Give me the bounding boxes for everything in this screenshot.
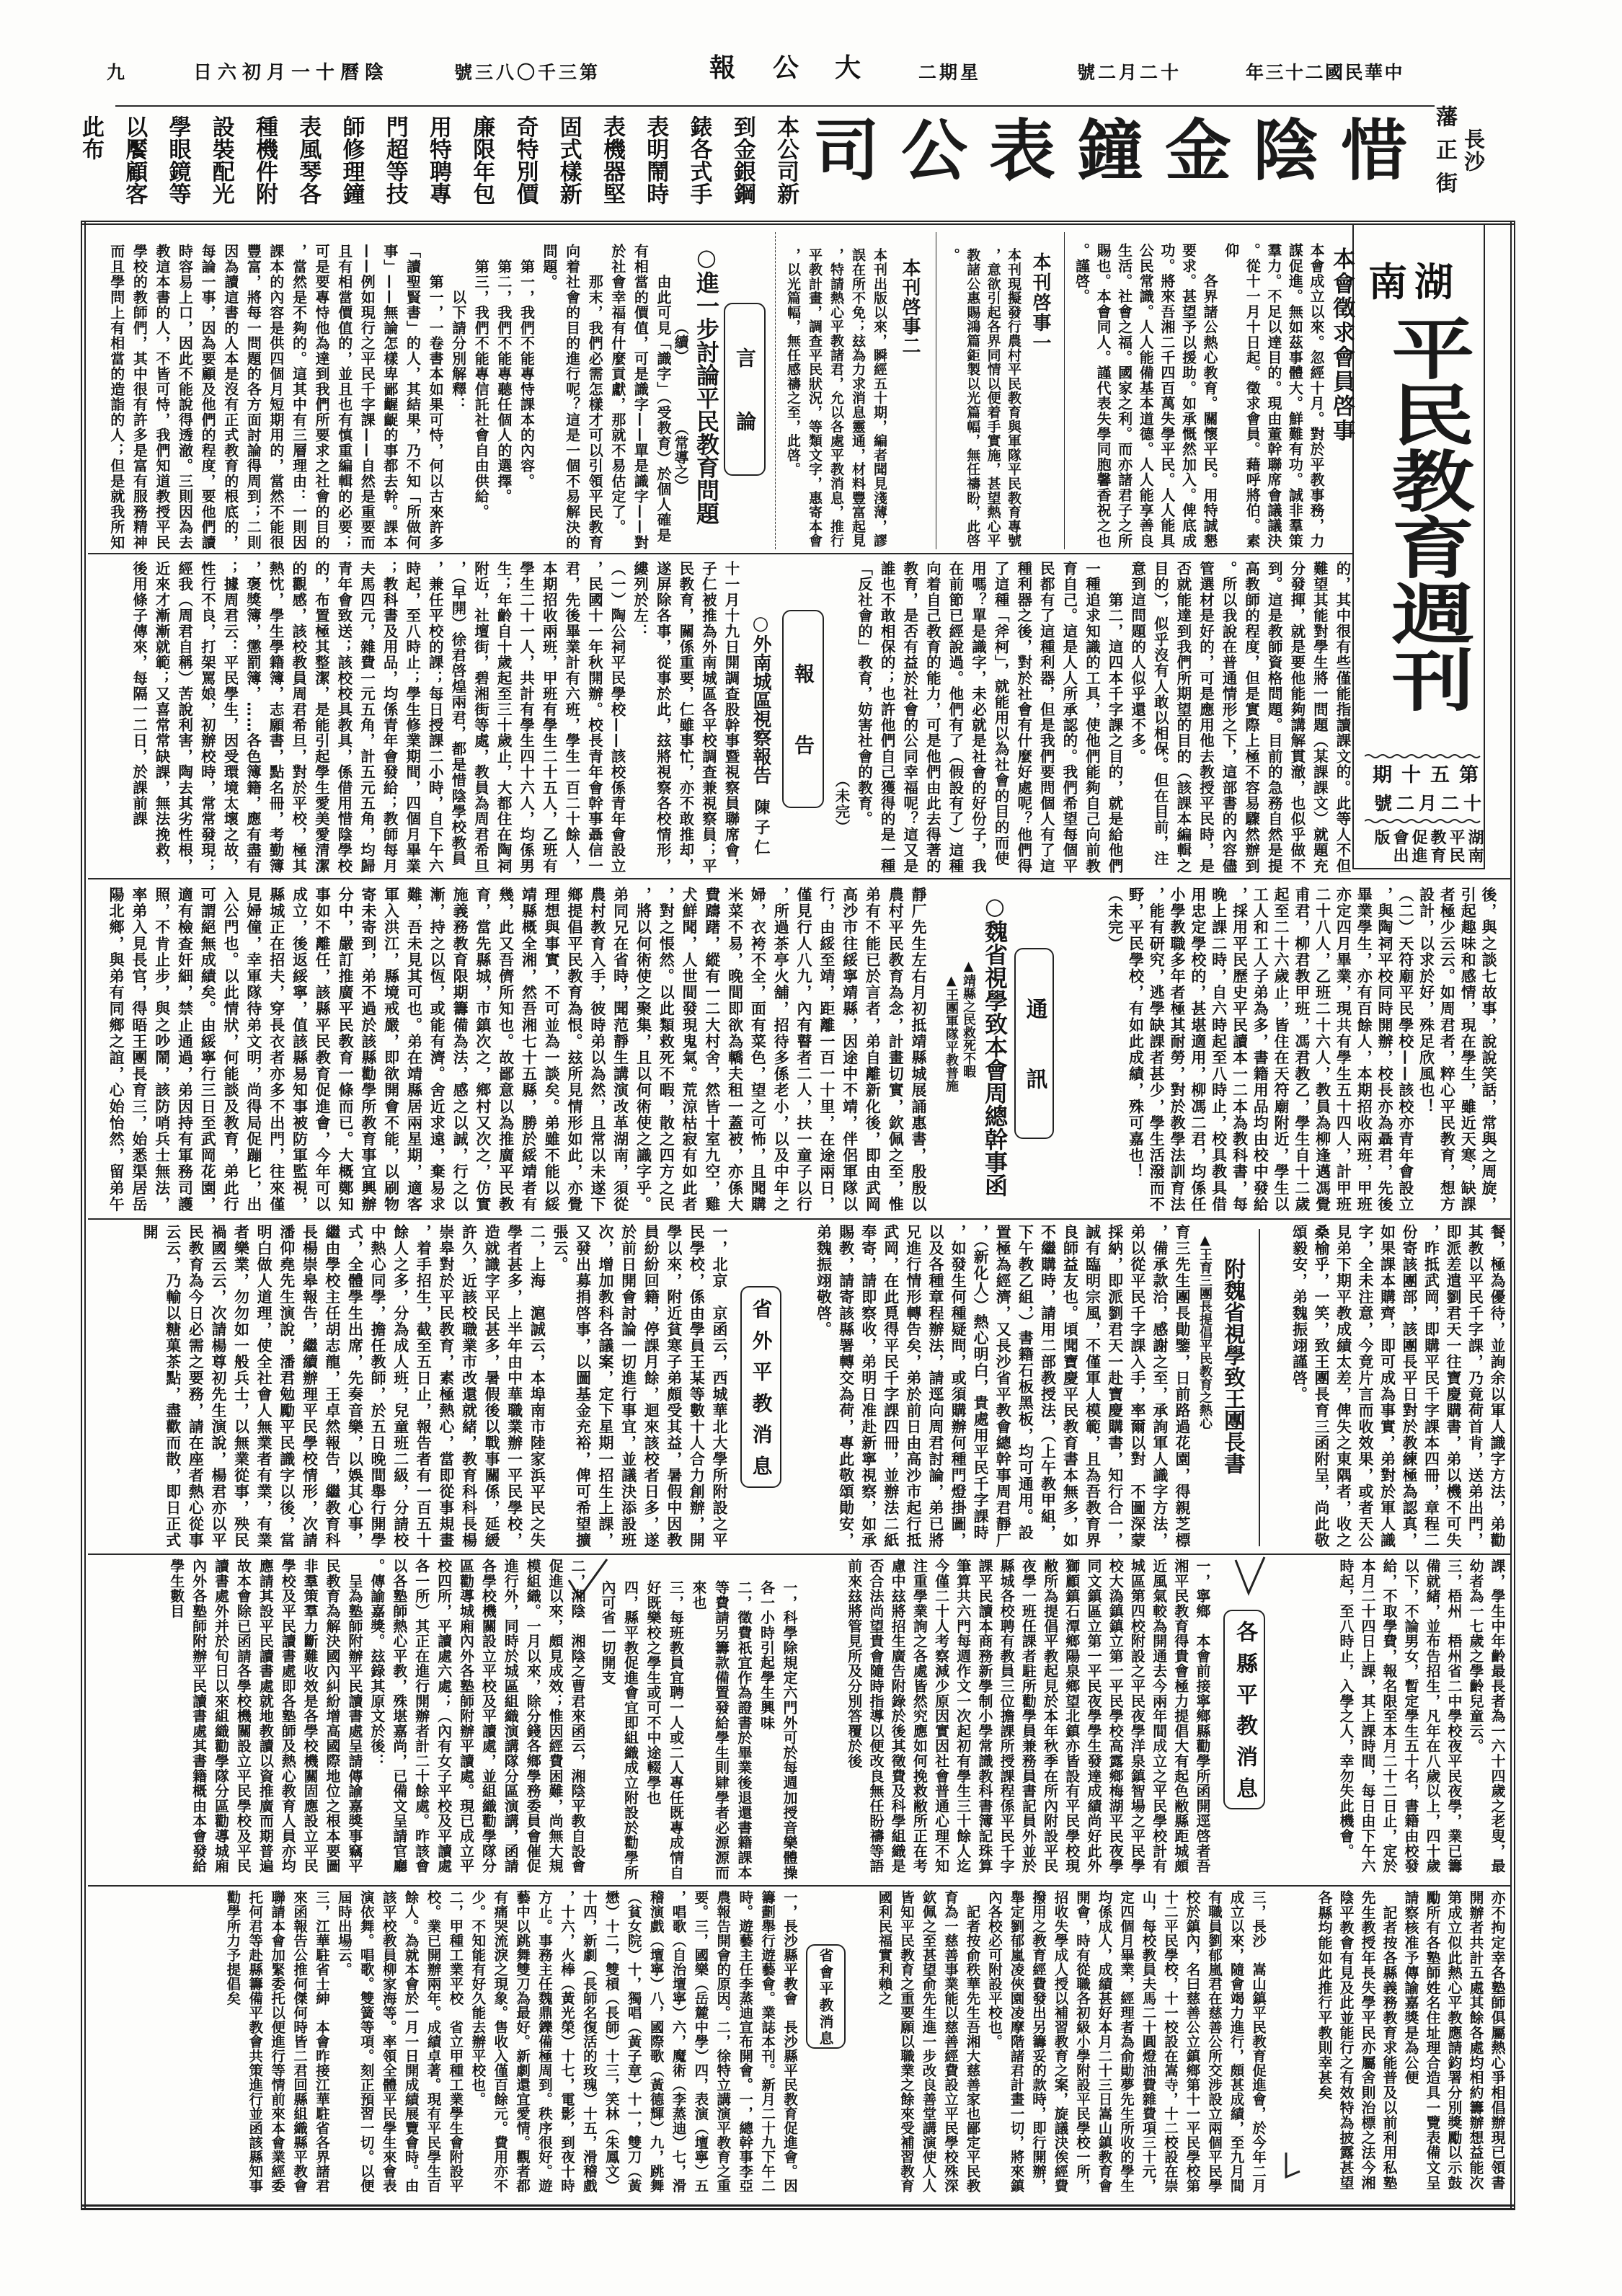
band-divider [88, 1885, 1510, 1887]
label-char: 消 [747, 1424, 776, 1444]
masthead-publisher: 湖南平民教育促進會出版 [1370, 829, 1484, 866]
weekday: 星期二 [918, 62, 981, 84]
outside-news-text-continued: 課，學生中年齡最長者為一六十四歲之老叟，最幼者為一七歲之學齡兒童云。 三，梧州 … [1270, 1559, 1508, 1881]
ad-body-text: 本公司新 到金銀鋼 錶各式手 表明鬧時 表機器堅 固式樣新 奇特別價 廉限年包 … [76, 115, 800, 209]
label-char: 縣 [1228, 1652, 1260, 1674]
label-char: 各 [1228, 1621, 1260, 1642]
notice-one-text: 本刊現擬發行農村平民教育與軍隊平民教育專號，意欲引起各界同情以便着手實施，甚望熱… [941, 248, 1024, 549]
ad-column: 此布 [76, 115, 105, 209]
section-label-outside-province: 省 外 平 教 消 息 [740, 1286, 781, 1488]
bottom-rule [81, 2204, 1515, 2210]
page-number: 九 [107, 62, 128, 84]
ad-column: 以饜顧客 [120, 115, 149, 209]
section-label-report: 報 告 [782, 610, 824, 808]
column-divider [936, 232, 936, 549]
band-divider [88, 553, 1353, 554]
label-char: 外 [747, 1330, 776, 1350]
label-char: 通 [1019, 998, 1050, 1019]
masthead-title: 平民教育週刊 [1385, 314, 1468, 712]
wei-letter-title: ○魏省視學致本會周總幹事函 [982, 892, 1008, 1197]
label-char: 教 [747, 1393, 776, 1413]
editorial-text-continued: 的，其中很有些僅能指讀課文的。此等人不但難望其能對學生將一問題（某課課文）就題充… [829, 561, 1353, 875]
label-char: 教 [1228, 1714, 1260, 1736]
pen-tick-mark-icon [1282, 2151, 1303, 2183]
lunar-date: 陰曆十一月初六日 [193, 62, 389, 84]
ad-column: 表風琴各 [293, 115, 322, 209]
wei-letter-subtitle: ▲靖縣之民救死不暇 [961, 959, 975, 1078]
label-char: 息 [747, 1455, 776, 1476]
county-news-replies: 一，科學除規定六門外可於每週加授音樂體操各一小時引起學生興味 二，徵費祇宜作為證… [595, 1580, 800, 1881]
band-divider [88, 1218, 1510, 1220]
ad-column: 奇特別價 [511, 115, 540, 209]
section-label-provincial-capital: 省 會 平 教 消 息 [806, 1944, 846, 2049]
ad-location: 長沙 [1462, 128, 1485, 173]
ad-column: 學眼鏡等 [164, 115, 192, 209]
issue-number: 第三千〇八三號 [454, 62, 601, 84]
ad-column: 到金銀鋼 [728, 115, 757, 209]
appendix-letter-subtitle: ▲王育三團長提倡平民教育之熱心 [1197, 1233, 1213, 1430]
ad-street: 藩正街 [1432, 105, 1456, 205]
capital-news-text: 一，長沙縣平教會 長沙縣平民教育促進會。因籌劃舉行遊藝會。業誌本刊。新月二十九下… [108, 1890, 800, 2202]
band-divider [88, 878, 1510, 879]
appendix-letter-text: 育三先生團長勛鑒，日前路過花園，得親芝標，備承款洽，感謝之至，承詢軍人識字方法，… [811, 1224, 1193, 1550]
newspaper-page: 九 陰曆十一月初六日 第三千〇八三號 報 公 大 星期二 十二月二號 中華民國二… [0, 0, 1622, 2296]
inspection-report-text: 十一月十九日開調查股幹事暨視察員聯席會，子仁被推為外南城區各平校調查兼視察員；平… [104, 561, 742, 875]
ad-column: 用特聘專 [424, 115, 453, 209]
label-char: 息 [815, 2031, 836, 2045]
paper-name-char: 公 [773, 58, 802, 79]
inspection-report-title: ○外南城區視察報告 [750, 613, 771, 784]
ad-column: 固式樣新 [554, 115, 583, 209]
ad-column: 設裝配光 [207, 115, 236, 209]
editorial-text: 由此可見「識字」（受教育）於個人確是有相當的價值，可是識字——單是識字——對於社… [101, 244, 674, 551]
editorial-title: ○進一步討論平民教育問題 [693, 244, 719, 525]
inspection-report-text-continued: 後，與之談七故事，說說笑話，常與之周旋，引起趣味和感情，現在學生，雖近天寒，缺課… [1063, 887, 1499, 1214]
main-top-rule [81, 221, 1515, 225]
section-label-opinion: 言 論 [724, 303, 766, 476]
wei-letter-subtitle: ▲王團軍隊平教普施 [944, 973, 958, 1092]
editorial-author: （常導之） [672, 421, 689, 493]
label-char: 報 [789, 663, 817, 683]
masthead-date: 十二月二號 [1374, 793, 1486, 815]
band-divider [88, 1553, 1510, 1555]
county-news-ningxiang: 一，寧鄉 本會前接寧鄉縣勸學所函開逕啓者吾湘平民教育得貴會極力提倡大有起色敝縣距… [799, 1559, 1213, 1881]
wei-letter-text-continued: 餐，極為優待，並詢余以軍人識字方法，弟勸其教以平民千字課，乃竟荷首肯，送弟出門，… [1263, 1224, 1508, 1550]
label-char: 平 [1228, 1683, 1260, 1705]
notice-one-title: 本刊啓事一 [1029, 252, 1051, 353]
membership-notice-text: 本會成立以來。忽經十月。對於平教事務，力謀促進。無如茲事體大。鮮難有功。誠非羣策… [1070, 243, 1326, 550]
column-divider [1259, 1229, 1260, 1546]
left-border [81, 221, 86, 2210]
label-char: 平 [747, 1361, 776, 1381]
notice-two-title: 本刊啓事二 [899, 258, 921, 355]
ad-column: 師修理鐘 [337, 115, 366, 209]
appendix-letter-title: 附魏省視學致王團長書 [1220, 1258, 1244, 1474]
label-char: 會 [815, 1964, 836, 1979]
membership-notice-title: 本會徵求會員啓事 [1329, 247, 1355, 443]
column-divider [775, 232, 776, 549]
masthead-issue: 第五十期 [1373, 764, 1488, 787]
county-news-xiangyin-continued: 亦不拘定幸各塾師俱屬熱心爭相倡辦現已領書開辦者共計五處其餘各處均相約籌辦想益能次… [1270, 1890, 1508, 2202]
label-char: 平 [815, 1981, 836, 1995]
header-year: 中華民國二十三年 [1246, 62, 1404, 84]
inspection-report-author: 陳子仁 [751, 799, 770, 859]
ad-column: 種機件附 [250, 115, 279, 209]
label-char: 論 [730, 411, 759, 431]
county-news-xiangyin: 二，湘陰 湘陰之曹君來函云，湘陰平教自設會促進以來，頗見成效；惟因經費困難，尚無… [98, 1559, 588, 1881]
ad-column: 錶各式手 [685, 115, 714, 209]
notice-two-text: 本刊出版以來，瞬經五十期，編者聞見淺薄，謬誤在所不免；玆為力求消息靈通，材料豐富… [781, 248, 890, 549]
wei-letter-text: 靜厂先生左右月初抵靖縣城展誦惠書，殷殷以農村平民教育為念，計畫切實，欽佩之至，惟… [104, 887, 929, 1214]
paper-name-char: 報 [709, 58, 738, 79]
county-news-changsha: 三，長沙 嵩山鎮平民教育促進會，於今年二月成立以來，隨會竭力進行，頗甚成績，至九… [851, 1890, 1269, 2202]
ad-column: 表機器堅 [598, 115, 626, 209]
label-char: 訊 [1019, 1068, 1050, 1089]
label-char: 息 [1228, 1777, 1260, 1799]
paper-name-char: 大 [835, 58, 864, 79]
label-char: 省 [815, 1948, 836, 1962]
wavy-divider [1365, 817, 1483, 825]
ad-column: 表明鬧時 [641, 115, 670, 209]
pen-check-mark-icon [1233, 1556, 1267, 1597]
label-char: 省 [747, 1298, 776, 1318]
editorial-continued-note: （續） [672, 320, 689, 363]
header-date: 十二月二號 [1077, 62, 1182, 84]
ad-column: 門超等技 [381, 115, 409, 209]
outside-news-text: 一，北京 京函云，西城華北大學所附設之平民學校，係由學員王某等數十人合力創辦，開… [92, 1224, 730, 1550]
label-char: 言 [730, 347, 759, 368]
label-char: 消 [815, 2014, 836, 2029]
label-char: 教 [815, 1998, 836, 2012]
label-char: 告 [789, 735, 817, 755]
right-border [1510, 221, 1515, 2210]
section-label-correspondence: 通 訊 [1014, 948, 1054, 1139]
label-char: 消 [1228, 1745, 1260, 1767]
ad-company-name: 惜陰金鐘表公司 [813, 115, 1429, 187]
masthead-region: 湖南 [1368, 261, 1461, 304]
column-divider [1064, 232, 1065, 549]
wavy-divider [1365, 753, 1483, 760]
ad-top-rule [115, 105, 1435, 107]
ad-column: 廉限年包 [467, 115, 496, 209]
ad-column: 本公司新 [771, 115, 800, 209]
section-label-counties: 各 縣 平 教 消 息 [1223, 1610, 1265, 1809]
